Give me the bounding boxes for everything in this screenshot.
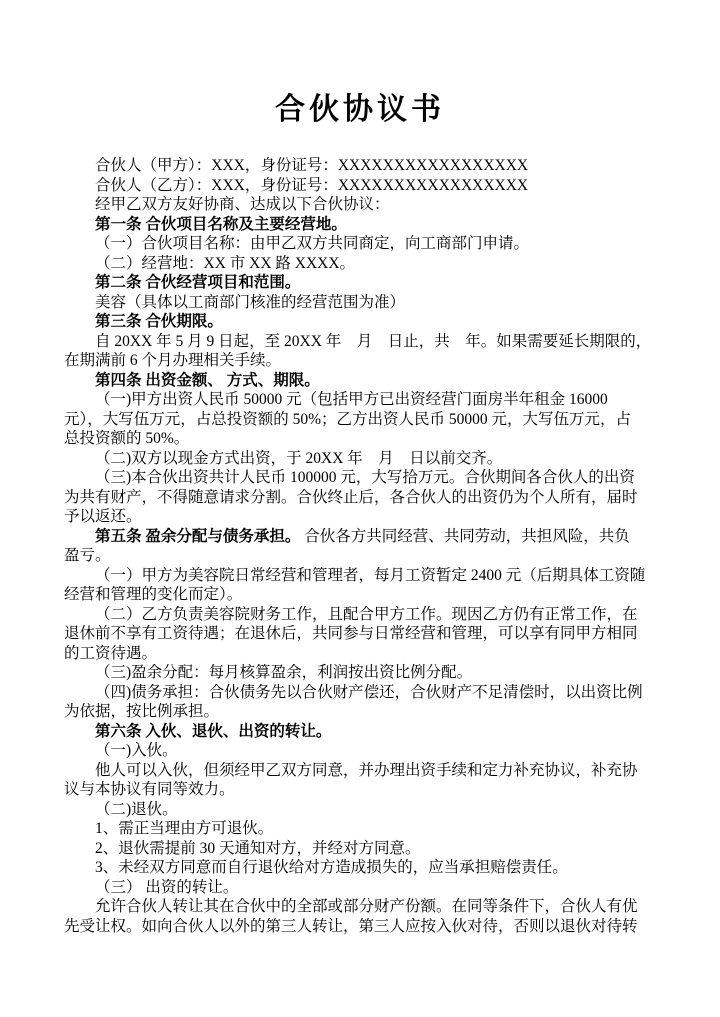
document-line: （二）乙方负责美容院财务工作，且配合甲方工作。现因乙方仍有正常工作，在 [64,605,660,625]
document-line: 先受让权。如向合伙人以外的第三人转让，第三人应按入伙对待，否则以退伙对待转 [64,917,660,937]
text-segment: （一）合伙项目名称：由甲乙双方共同商定，向工商部门申请。 [95,235,529,252]
document-line: 他人可以入伙，但须经甲乙双方同意，并办理出资手续和定力补充协议，补充协 [64,761,660,781]
text-segment: （三)本合伙出资共计人民币 100000 元，大写拾万元。合伙期间各合伙人的出资 [95,469,635,486]
document-line: 美容（具体以工商部门核准的经营范围为准） [64,293,660,313]
text-segment: 先受让权。如向合伙人以外的第三人转让，第三人应按入伙对待，否则以退伙对待转 [64,918,638,935]
text-segment: 第六条 入伙、退伙、出资的转让。 [95,723,331,740]
text-segment: 经甲乙双方友好协商、达成以下合伙协议： [95,196,390,213]
document-line: 第五条 盈余分配与债务承担。 合伙各方共同经营、共同劳动，共担风险，共负 [64,527,660,547]
document-line: 议与本协议有同等效力。 [64,780,660,800]
text-segment: （二)双方以现金方式出资，于 20XX 年 月 日以前交齐。 [95,450,502,467]
document-line: （二)双方以现金方式出资，于 20XX 年 月 日以前交齐。 [64,449,660,469]
text-segment: 退休前不享有工资待遇；在退休后，共同参与日常经营和管理，可以享有同甲方相同 [64,625,638,642]
document-line: 3、未经双方同意而自行退伙给对方造成损失的，应当承担赔偿责任。 [64,858,660,878]
document-line: （三） 出资的转让。 [64,878,660,898]
document-page: 合伙协议书 合伙人（甲方）：XXX，身份证号：XXXXXXXXXXXXXXXXX… [0,0,720,1017]
document-line: 2、退伙需提前 30 天通知对方，并经对方同意。 [64,839,660,859]
text-segment: 为依据，按比例承担。 [64,703,219,720]
text-segment: 美容（具体以工商部门核准的经营范围为准） [95,294,405,311]
text-segment: 盈亏。 [64,547,111,564]
document-line: 的工资待遇。 [64,644,660,664]
document-line: 为共有财产，不得随意请求分割。合伙终止后，各合伙人的出资仍为个人所有，届时 [64,488,660,508]
document-line: 自 20XX 年 5 月 9 日起，至 20XX 年 月 日止，共 年。如果需要… [64,332,660,352]
text-segment: （二）乙方负责美容院财务工作，且配合甲方工作。现因乙方仍有正常工作，在 [95,606,638,623]
document-line: 第一条 合伙项目名称及主要经营地。 [64,215,660,235]
text-segment: 2、退伙需提前 30 天通知对方，并经对方同意。 [95,840,421,857]
document-line: 经营和管理的变化而定）。 [64,585,660,605]
document-line: 在期满前 6 个月办理相关手续。 [64,351,660,371]
document-line: （三)本合伙出资共计人民币 100000 元，大写拾万元。合伙期间各合伙人的出资 [64,468,660,488]
text-segment: （二)退伙。 [95,801,178,818]
text-segment: 合伙各方共同经营、共同劳动，共担风险，共负 [300,528,629,545]
text-segment: 为共有财产，不得随意请求分割。合伙终止后，各合伙人的出资仍为个人所有，届时 [64,489,638,506]
document-line: 合伙人（甲方）：XXX，身份证号：XXXXXXXXXXXXXXXXX [64,156,660,176]
document-line: 为依据，按比例承担。 [64,702,660,722]
document-line: （一)甲方出资人民币 50000 元（包括甲方已出资经营门面房半年租金 1600… [64,390,660,410]
text-segment: 合伙人（甲方）：XXX，身份证号：XXXXXXXXXXXXXXXXX [95,157,528,174]
document-line: （一）合伙项目名称：由甲乙双方共同商定，向工商部门申请。 [64,234,660,254]
text-segment: 3、未经双方同意而自行退伙给对方造成损失的，应当承担赔偿责任。 [95,859,568,876]
document-line: 第二条 合伙经营项目和范围。 [64,273,660,293]
text-segment: 在期满前 6 个月办理相关手续。 [64,352,281,369]
document-line: （四)债务承担：合伙债务先以合伙财产偿还，合伙财产不足清偿时，以出资比例 [64,683,660,703]
document-line: 第四条 出资金额、 方式、期限。 [64,371,660,391]
document-line: 总投资额的 50%。 [64,429,660,449]
text-segment: 自 20XX 年 5 月 9 日起，至 20XX 年 月 日止，共 年。如果需要… [95,333,651,350]
text-segment: （三） 出资的转让。 [95,879,238,896]
document-title: 合伙协议书 [0,84,720,128]
text-segment: 他人可以入伙，但须经甲乙双方同意，并办理出资手续和定力补充协议，补充协 [95,762,638,779]
text-segment: 第一条 合伙项目名称及主要经营地。 [95,216,347,233]
text-segment: （四)债务承担：合伙债务先以合伙财产偿还，合伙财产不足清偿时，以出资比例 [95,684,643,701]
document-line: 合伙人（乙方）：XXX，身份证号：XXXXXXXXXXXXXXXXX [64,176,660,196]
document-line: 经甲乙双方友好协商、达成以下合伙协议： [64,195,660,215]
text-segment: 第二条 合伙经营项目和范围。 [95,274,300,291]
text-segment: （三)盈余分配：每月核算盈余，利润按出资比例分配。 [95,664,472,681]
document-line: 允许合伙人转让其在合伙中的全部或部分财产份额。在同等条件下，合伙人有优 [64,897,660,917]
document-line: 元），大写伍万元，占总投资额的 50%；乙方出资人民币 50000 元，大写伍万… [64,410,660,430]
document-line: 第六条 入伙、退伙、出资的转让。 [64,722,660,742]
text-segment: 议与本协议有同等效力。 [64,781,235,798]
document-line: 予以返还。 [64,507,660,527]
text-segment: （一)入伙。 [95,742,178,759]
document-line: （二)退伙。 [64,800,660,820]
text-segment: （一)甲方出资人民币 50000 元（包括甲方已出资经营门面房半年租金 1600… [95,391,608,408]
text-segment: 1、需正当理由方可退伙。 [95,820,273,837]
document-body: 合伙人（甲方）：XXX，身份证号：XXXXXXXXXXXXXXXXX合伙人（乙方… [64,156,660,936]
document-line: （一)入伙。 [64,741,660,761]
text-segment: 元），大写伍万元，占总投资额的 50%；乙方出资人民币 50000 元，大写伍万… [64,411,631,428]
text-segment: 第五条 盈余分配与债务承担。 [95,528,300,545]
document-line: 退休前不享有工资待遇；在退休后，共同参与日常经营和管理，可以享有同甲方相同 [64,624,660,644]
document-line: 第三条 合伙期限。 [64,312,660,332]
text-segment: 予以返还。 [64,508,142,525]
text-segment: 允许合伙人转让其在合伙中的全部或部分财产份额。在同等条件下，合伙人有优 [95,898,638,915]
text-segment: 经营和管理的变化而定）。 [64,586,242,603]
document-line: （一）甲方为美容院日常经营和管理者，每月工资暂定 2400 元（后期具体工资随 [64,566,660,586]
text-segment: 第四条 出资金额、 方式、期限。 [95,372,320,389]
document-line: 盈亏。 [64,546,660,566]
text-segment: （二）经营地：XX 市 XX 路 XXXX。 [95,255,355,272]
document-line: （二）经营地：XX 市 XX 路 XXXX。 [64,254,660,274]
text-segment: （一）甲方为美容院日常经营和管理者，每月工资暂定 2400 元（后期具体工资随 [95,567,645,584]
text-segment: 总投资额的 50%。 [64,430,189,447]
text-segment: 合伙人（乙方）：XXX，身份证号：XXXXXXXXXXXXXXXXX [95,177,528,194]
document-line: （三)盈余分配：每月核算盈余，利润按出资比例分配。 [64,663,660,683]
text-segment: 第三条 合伙期限。 [95,313,223,330]
document-line: 1、需正当理由方可退伙。 [64,819,660,839]
text-segment: 的工资待遇。 [64,645,157,662]
